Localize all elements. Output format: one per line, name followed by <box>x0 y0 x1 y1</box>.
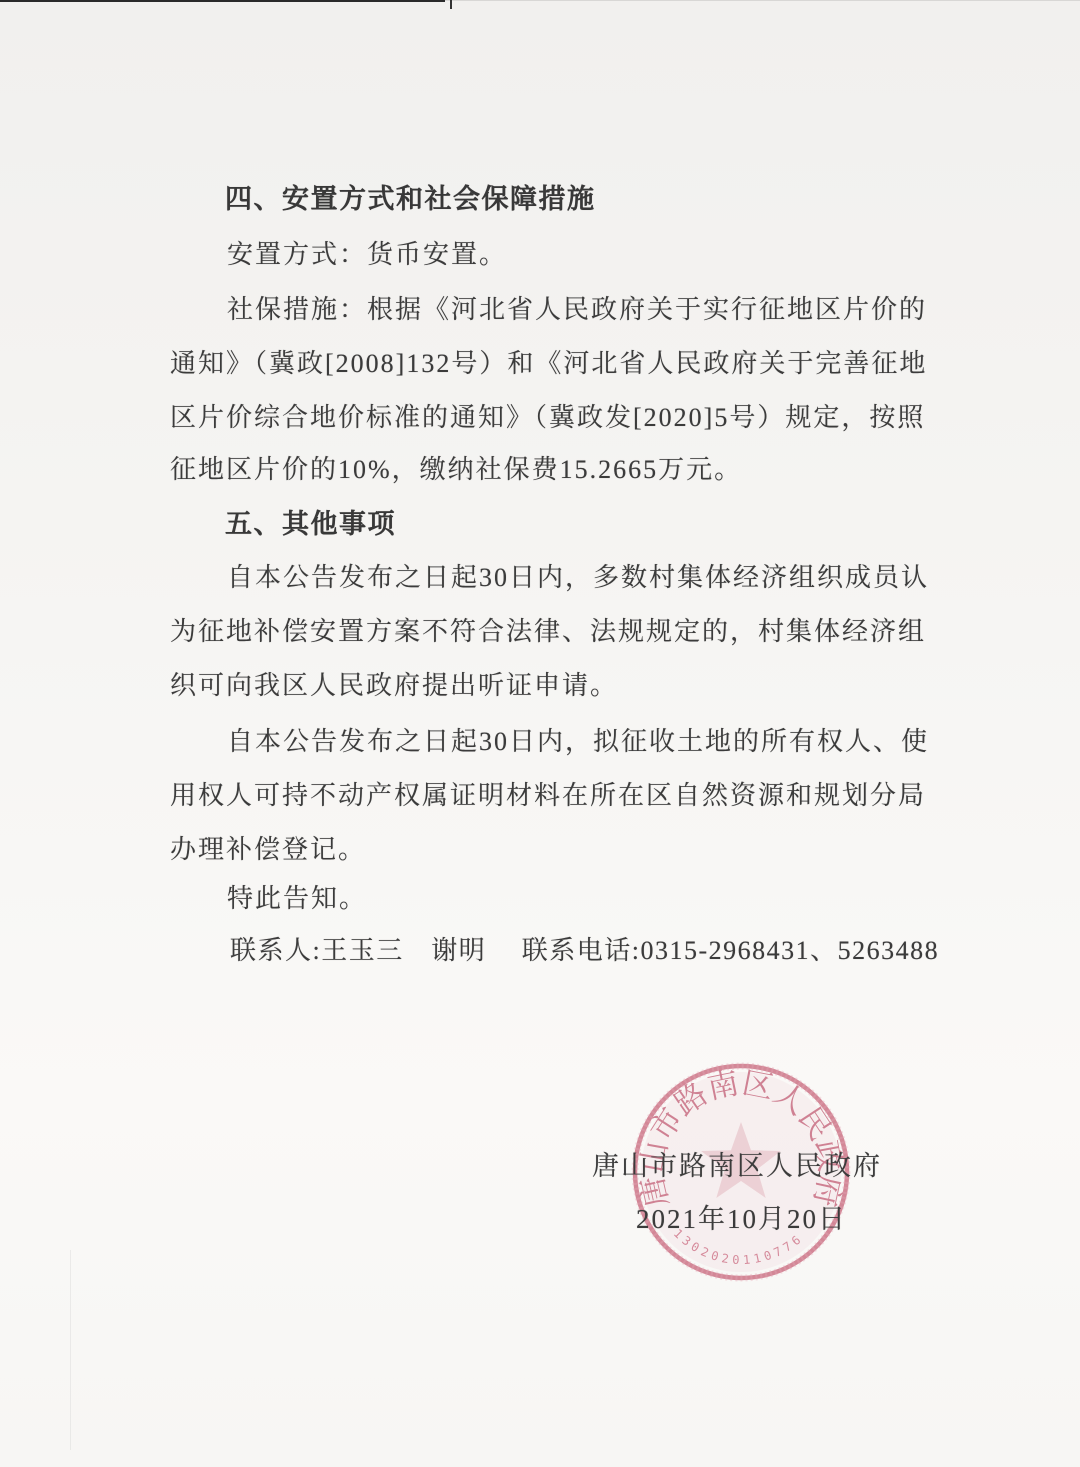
hearing-request-line-1: 自本公告发布之日起30日内，多数村集体经济组织成员认 <box>227 565 929 591</box>
compensation-registration-line-1: 自本公告发布之日起30日内，拟征收土地的所有权人、使 <box>227 729 929 755</box>
contact-info-line: 联系人:王玉三 谢明 联系电话:0315-2968431、5263488 <box>230 938 939 964</box>
resettlement-method-line: 安置方式：货币安置。 <box>227 242 507 268</box>
compensation-registration-line-2: 用权人可持不动产权属证明材料在所在区自然资源和规划分局 <box>170 783 926 809</box>
social-security-line-2: 通知》（冀政[2008]132号）和《河北省人民政府关于完善征地 <box>170 351 927 377</box>
hearing-request-line-3: 织可向我区人民政府提出听证申请。 <box>170 673 618 699</box>
issue-date: 2021年10月20日 <box>636 1206 847 1233</box>
compensation-registration-line-3: 办理补偿登记。 <box>170 837 366 863</box>
social-security-line-4: 征地区片价的10%，缴纳社保费15.2665万元。 <box>170 457 742 483</box>
document-text-layer: 四、安置方式和社会保障措施 安置方式：货币安置。 社保措施：根据《河北省人民政府… <box>0 0 1080 1467</box>
section-five-heading: 五、其他事项 <box>225 511 396 538</box>
social-security-line-1: 社保措施：根据《河北省人民政府关于实行征地区片价的 <box>227 297 927 323</box>
notice-closing-line: 特此告知。 <box>227 886 367 912</box>
document-page: 唐山市路南区人民政府 1302020110776 四、安置方式和社会保障措施 安… <box>0 0 1080 1467</box>
issuer-signature: 唐山市路南区人民政府 <box>592 1153 882 1180</box>
section-four-heading: 四、安置方式和社会保障措施 <box>225 186 596 213</box>
social-security-line-3: 区片价综合地价标准的通知》（冀政发[2020]5号）规定，按照 <box>170 405 925 431</box>
hearing-request-line-2: 为征地补偿安置方案不符合法律、法规规定的，村集体经济组 <box>170 619 926 645</box>
